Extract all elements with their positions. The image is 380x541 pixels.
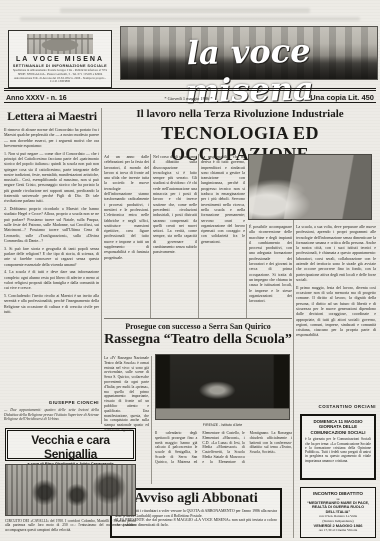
column-divider xyxy=(246,224,247,318)
photo-vintage-motorcycle-race xyxy=(5,464,136,516)
article-title-lettera: Lettera ai Maestri xyxy=(4,109,100,124)
photo-caption: FIRENZE - Istituto d'Arte xyxy=(155,423,290,427)
article-continuation: Il calendario degli spettacoli prosegue … xyxy=(155,431,292,485)
vecchia-senigallia-box: Vecchia e cara Senigallia a cura di Rino… xyxy=(5,428,136,461)
article-column: Ad un anno dalle celebrazioni per la fes… xyxy=(104,154,149,318)
column-divider xyxy=(150,154,151,318)
masthead-info-box: LA VOCE MISENA SETTIMANALE DI INFORMAZIO… xyxy=(8,30,112,88)
article-column: È possibile accompagnare alla riconversi… xyxy=(249,224,292,318)
issue-info-row: Anno XXXV - n. 16 * Giovedì 1 maggio 198… xyxy=(4,88,376,103)
paragraph: 3. Si può fare storia e geografia di tan… xyxy=(4,246,99,267)
issue-price: Una copia Lit. 450 xyxy=(310,93,374,102)
paragraph: Il primo maggio, festa del lavoro, diven… xyxy=(296,285,376,338)
masthead-fineprint-line: Autorizzazione Trib. di Ancona del 18.XI… xyxy=(11,77,109,85)
column-divider xyxy=(198,154,199,318)
column-divider xyxy=(101,108,102,424)
article-column-right: La scuola, a sua volta, deve preparare a… xyxy=(296,224,376,400)
issue-number: Anno XXXV - n. 16 xyxy=(6,95,67,102)
debate-meeting-box: INCONTRO DIBATTITO su “MEDITERRANEO MARE… xyxy=(300,487,376,538)
article-kicker-tecnologia: Il lavoro nella Terza Rivoluzione Indust… xyxy=(104,108,376,120)
paragraph: 4. La scuola è di tutti e deve dare una … xyxy=(4,269,99,290)
photo-school-theatre-stage xyxy=(155,354,290,420)
meeting-title: INCONTRO DIBATTITO xyxy=(304,491,372,497)
paragraph: La scuola, a sua volta, deve preparare a… xyxy=(296,224,376,282)
article-column: La responsabilità che ne deriva è di tut… xyxy=(201,154,245,318)
masthead-banner-photo: la voce misena xyxy=(120,26,378,80)
newspaper-name: LA VOCE MISENA xyxy=(11,56,109,64)
meeting-time-place: ore 17,30 al Cinema Vittoria xyxy=(304,528,372,532)
event-description: è la giornata per le Comunicazioni Socia… xyxy=(305,437,371,463)
photo-worker-machine xyxy=(248,154,372,220)
article-body-lettera: Il rinnovo di alcune norme del Concordat… xyxy=(4,127,99,399)
paragraph: 2. Dobbiamo proprio ricordarlo a Maestri… xyxy=(4,206,99,243)
feature-title: Vecchia e cara Senigallia xyxy=(9,433,132,461)
paragraph: 1. Non si può negare — come dice il Conc… xyxy=(4,151,99,204)
editorial-note: — Due appuntamenti: quattro delle sette … xyxy=(4,408,99,424)
masthead-engraving-image xyxy=(27,34,93,54)
newspaper-front-page: LA VOCE MISENA SETTIMANALE DI INFORMAZIO… xyxy=(0,0,380,541)
issue-date: * Giovedì 1 maggio 1986 * xyxy=(164,96,212,101)
communications-day-box: DOMENICA 11 MAGGIO GIORNATA DELLE COMUNI… xyxy=(300,414,376,480)
article-headline-rassegna: Rassegna “Teatro della Scuola” xyxy=(104,332,292,348)
meeting-theme: “MEDITERRANEO MARE DI PACE, REALTÀ DI GU… xyxy=(304,501,372,515)
print-through-artifact xyxy=(60,8,310,13)
paragraph: 5. Concludendo: l'invito rivolto ai Maes… xyxy=(4,293,99,314)
column-divider xyxy=(151,356,152,484)
photo-caption: CIRCUITO DEI «CAVALLI» del 1950. I corri… xyxy=(5,519,136,532)
print-through-artifact xyxy=(20,17,360,21)
author-signature: COSTANTINO ORCIANI xyxy=(296,404,376,409)
paragraph: Il rinnovo di alcune norme del Concordat… xyxy=(4,127,99,148)
section-divider xyxy=(104,318,292,319)
notice-title: Avviso agli Abbonati xyxy=(112,491,280,507)
author-signature: GIUSEPPE CIONCHI xyxy=(4,400,99,405)
article-column: Nel corso degli ultimi anni il dibattito… xyxy=(153,154,197,318)
article-kicker-rassegna: Prosegue con successo a Serra San Quiric… xyxy=(104,322,292,331)
event-title-line: COMUNICAZIONI SOCIALI xyxy=(305,430,371,435)
notice-body: Si invitano tutti i ritardatari a voler … xyxy=(112,509,280,530)
